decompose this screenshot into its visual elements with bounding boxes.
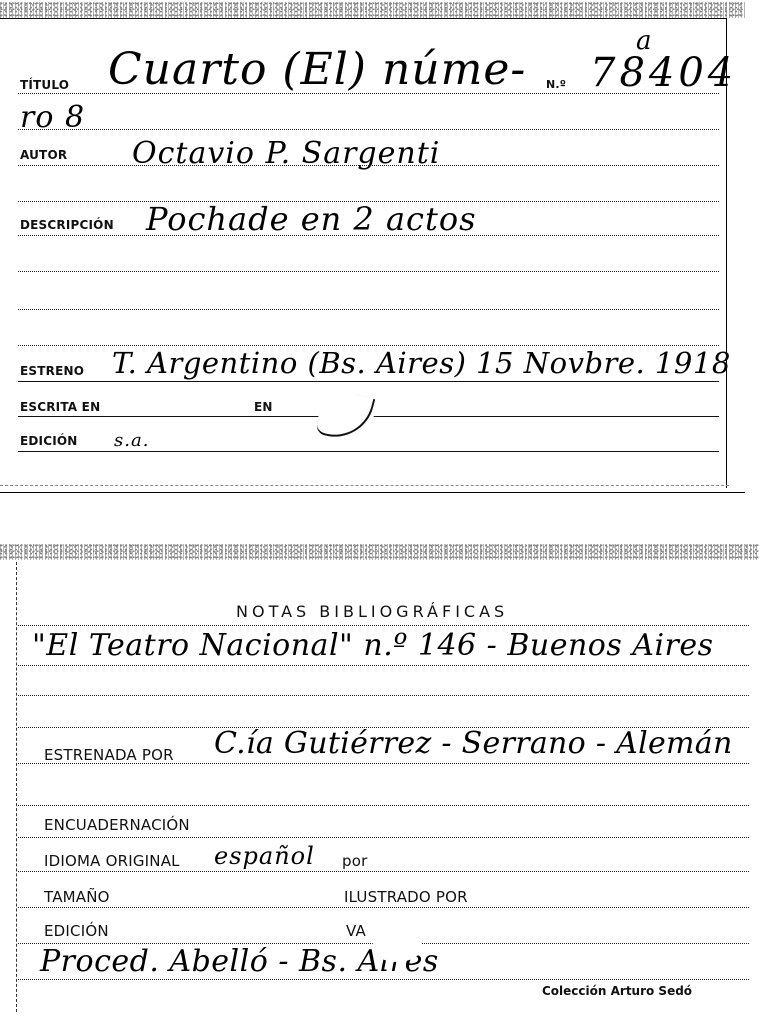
estreno-label: Estreno <box>20 364 84 378</box>
tamano-label: Tamaño <box>44 888 110 906</box>
encuadernacion-line <box>18 836 749 838</box>
descripcion-line <box>18 234 719 236</box>
idioma-original-label: Idioma original <box>44 852 180 870</box>
card-top-rule <box>0 18 726 19</box>
valor-label: Va <box>346 922 366 940</box>
descripcion-label: Descripción <box>20 218 114 232</box>
edicion-line <box>18 450 719 452</box>
notas-line-1-rule <box>18 664 749 666</box>
notas-heading: Notas Bibliográficas <box>236 602 508 621</box>
edicion-value: s.a. <box>114 430 149 451</box>
catalog-card-front: Título Cuarto (El) núme- N.º 78404 a ro … <box>0 0 759 495</box>
procedencia-line <box>18 978 749 980</box>
titulo-number-value: 78404 <box>590 50 737 96</box>
notas-top-line <box>18 624 749 626</box>
notas-line-1: "El Teatro Nacional" n.º 146 - Buenos Ai… <box>32 628 714 663</box>
estrenada-por-value: C.ía Gutiérrez - Serrano - Alemán <box>214 726 733 761</box>
card-border-left <box>16 562 18 1012</box>
ink-blot <box>372 932 422 962</box>
estreno-value: T. Argentino (Bs. Aires) 15 Novbre. 1918 <box>112 346 731 380</box>
idioma-por-label: por <box>342 852 367 870</box>
idioma-original-value: español <box>214 842 315 870</box>
escrita-en-label: Escrita en <box>20 400 100 414</box>
autor-line <box>18 164 719 166</box>
edicion-label: Edición <box>20 434 78 448</box>
blank-line-3 <box>18 308 719 310</box>
descripcion-value: Pochade en 2 actos <box>146 200 477 238</box>
notas-line-2-rule <box>18 694 749 696</box>
titulo-number-label: N.º <box>546 78 566 91</box>
estreno-line <box>18 380 719 382</box>
titulo-continuation-line <box>18 128 719 130</box>
titulo-label: Título <box>20 78 69 92</box>
blank-line-2 <box>18 270 719 272</box>
autor-label: Autor <box>20 148 67 162</box>
encuadernacion-label: Encuadernación <box>44 816 190 834</box>
estrenada-por-line <box>18 762 749 764</box>
card-separator <box>0 492 745 493</box>
edicion-back-label: Edición <box>44 922 109 940</box>
collection-credit: Colección Arturo Sedó <box>542 984 692 998</box>
ilustrado-por-label: Ilustrado por <box>344 888 468 906</box>
tamano-line <box>18 906 749 908</box>
catalog-card-back: Notas Bibliográficas "El Teatro Nacional… <box>0 540 759 1028</box>
titulo-line <box>18 92 719 94</box>
titulo-number-superscript: a <box>636 26 653 56</box>
card-bottom-dashes <box>0 484 729 486</box>
titulo-value: Cuarto (El) núme- <box>108 44 526 95</box>
blank-line-back <box>18 804 749 806</box>
en-label: En <box>254 400 273 414</box>
idioma-original-line <box>18 870 749 872</box>
